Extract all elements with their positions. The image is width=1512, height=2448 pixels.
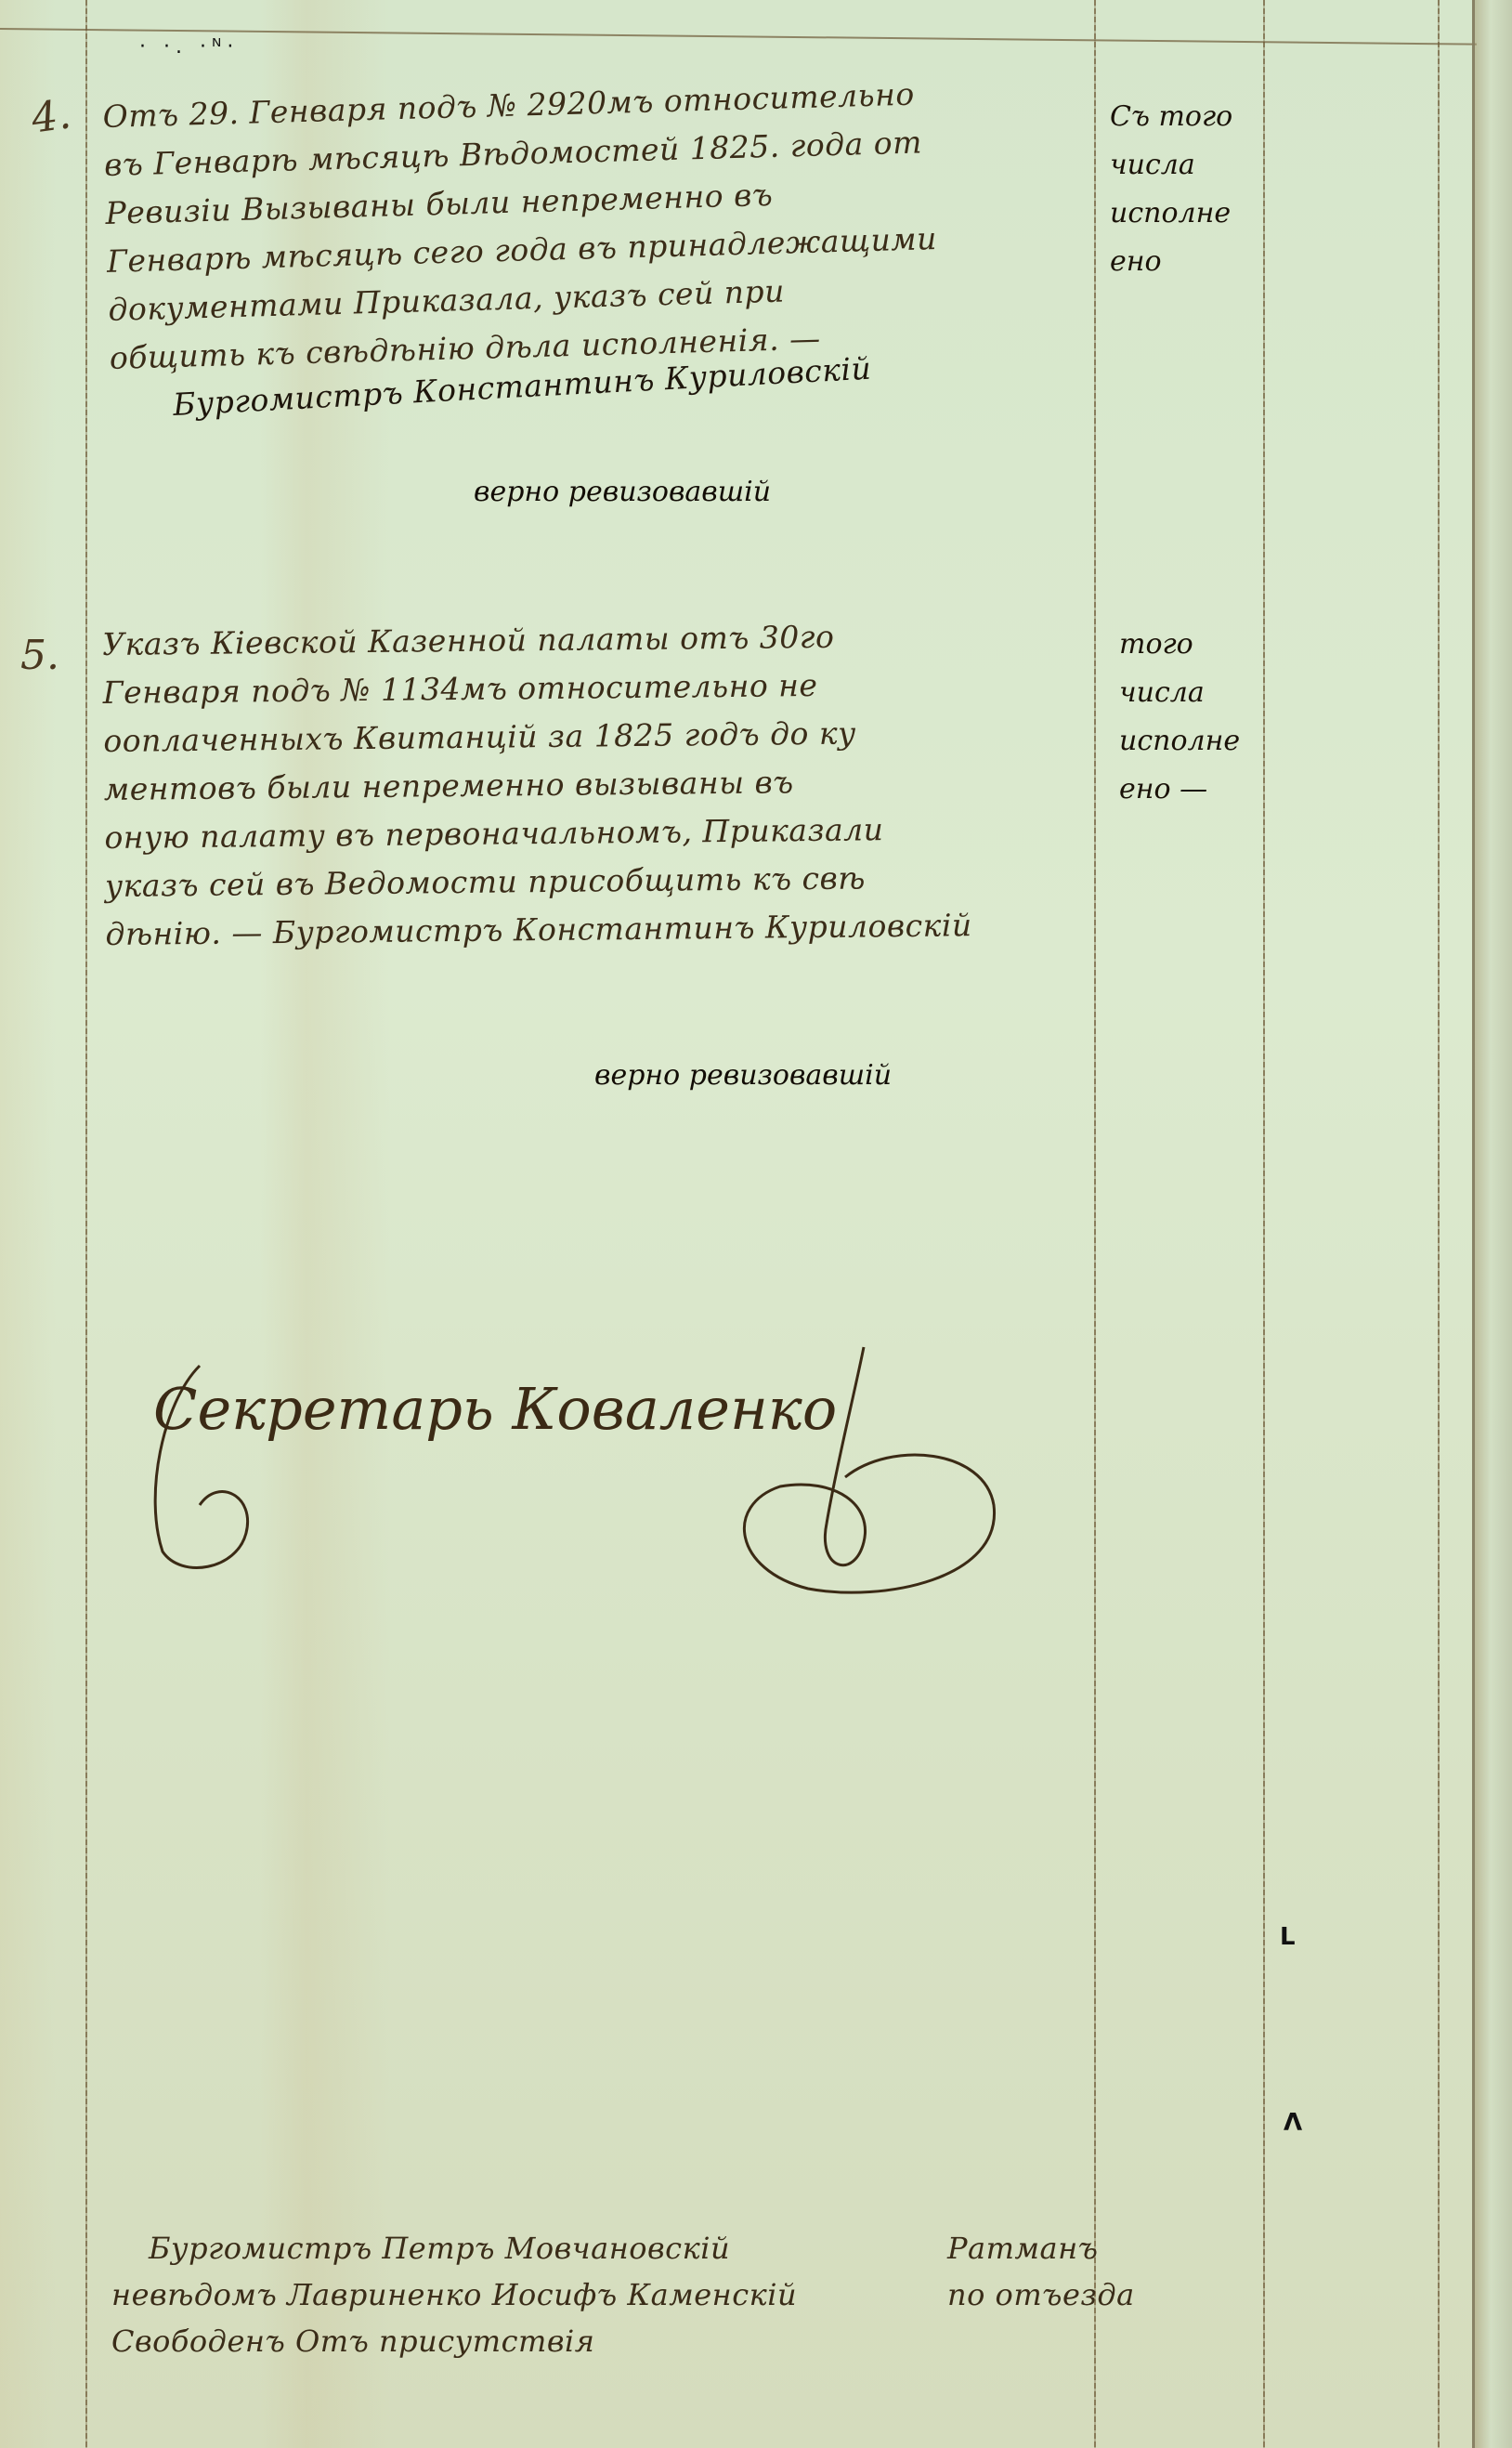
left-margin-rule xyxy=(85,0,87,2448)
footer-right-column: Ратманъ по отъезда xyxy=(947,2225,1135,2318)
text-column-right-rule xyxy=(1094,0,1096,2448)
entry-number-5: 5. xyxy=(20,632,59,679)
entry-5-line-3: ооплаченныхъ Квитанцій за 1825 годъ до к… xyxy=(103,708,971,766)
entry-5-verified-note: верно ревизовавшій xyxy=(594,1059,892,1092)
margin-note-line: ено xyxy=(1110,238,1232,286)
margin-note-line: исполне xyxy=(1110,190,1232,238)
entry-5-text: Указъ Кіевской Казенной палаты отъ 30го … xyxy=(102,611,972,959)
paper-hole-mark: Λ xyxy=(1284,2109,1302,2137)
margin-note-line: числа xyxy=(1119,669,1240,717)
margin-note-line: исполне xyxy=(1119,717,1240,766)
margin-note-line: Съ того xyxy=(1110,93,1232,141)
note-column-right-rule xyxy=(1263,0,1265,2448)
footer-right-line-1: Ратманъ xyxy=(947,2225,1135,2271)
entry-5-line-7: дѣнію. — Бургомистръ Константинъ Курилов… xyxy=(105,901,972,959)
footer-right-line-2: по отъезда xyxy=(947,2271,1135,2318)
footer-text: Бургомистръ Петръ Мовчановскій невѣдомъ … xyxy=(111,2225,797,2364)
entry-4-verified-note: верно ревизовавшій xyxy=(474,476,771,508)
extra-column-rule xyxy=(1438,0,1440,2448)
paper-hole-mark: L xyxy=(1280,1923,1296,1951)
footer-line-1: Бургомистръ Петръ Мовчановскій xyxy=(111,2225,797,2271)
signature-flourish-left xyxy=(125,1347,367,1589)
footer-line-2: невѣдомъ Лавриненко Иосифъ Каменскій xyxy=(111,2271,797,2318)
signature-flourish-right xyxy=(724,1338,1022,1617)
entry-4-margin-note: Съ того числа исполне ено xyxy=(1110,93,1232,286)
margin-note-line: того xyxy=(1119,621,1240,669)
margin-note-line: ено — xyxy=(1119,766,1240,814)
page-binding-edge xyxy=(1472,0,1512,2448)
entry-5-margin-note: того числа исполне ено — xyxy=(1119,621,1240,814)
entry-number-4: 4. xyxy=(29,90,74,142)
footer-line-3: Свободенъ Отъ присутствія xyxy=(111,2318,797,2364)
margin-note-line: числа xyxy=(1110,141,1232,190)
top-ink-marks: · ·. ·ᴺ· xyxy=(139,35,239,59)
entry-4-text: Отъ 29. Генваря подъ № 2920мъ относитель… xyxy=(102,70,940,383)
